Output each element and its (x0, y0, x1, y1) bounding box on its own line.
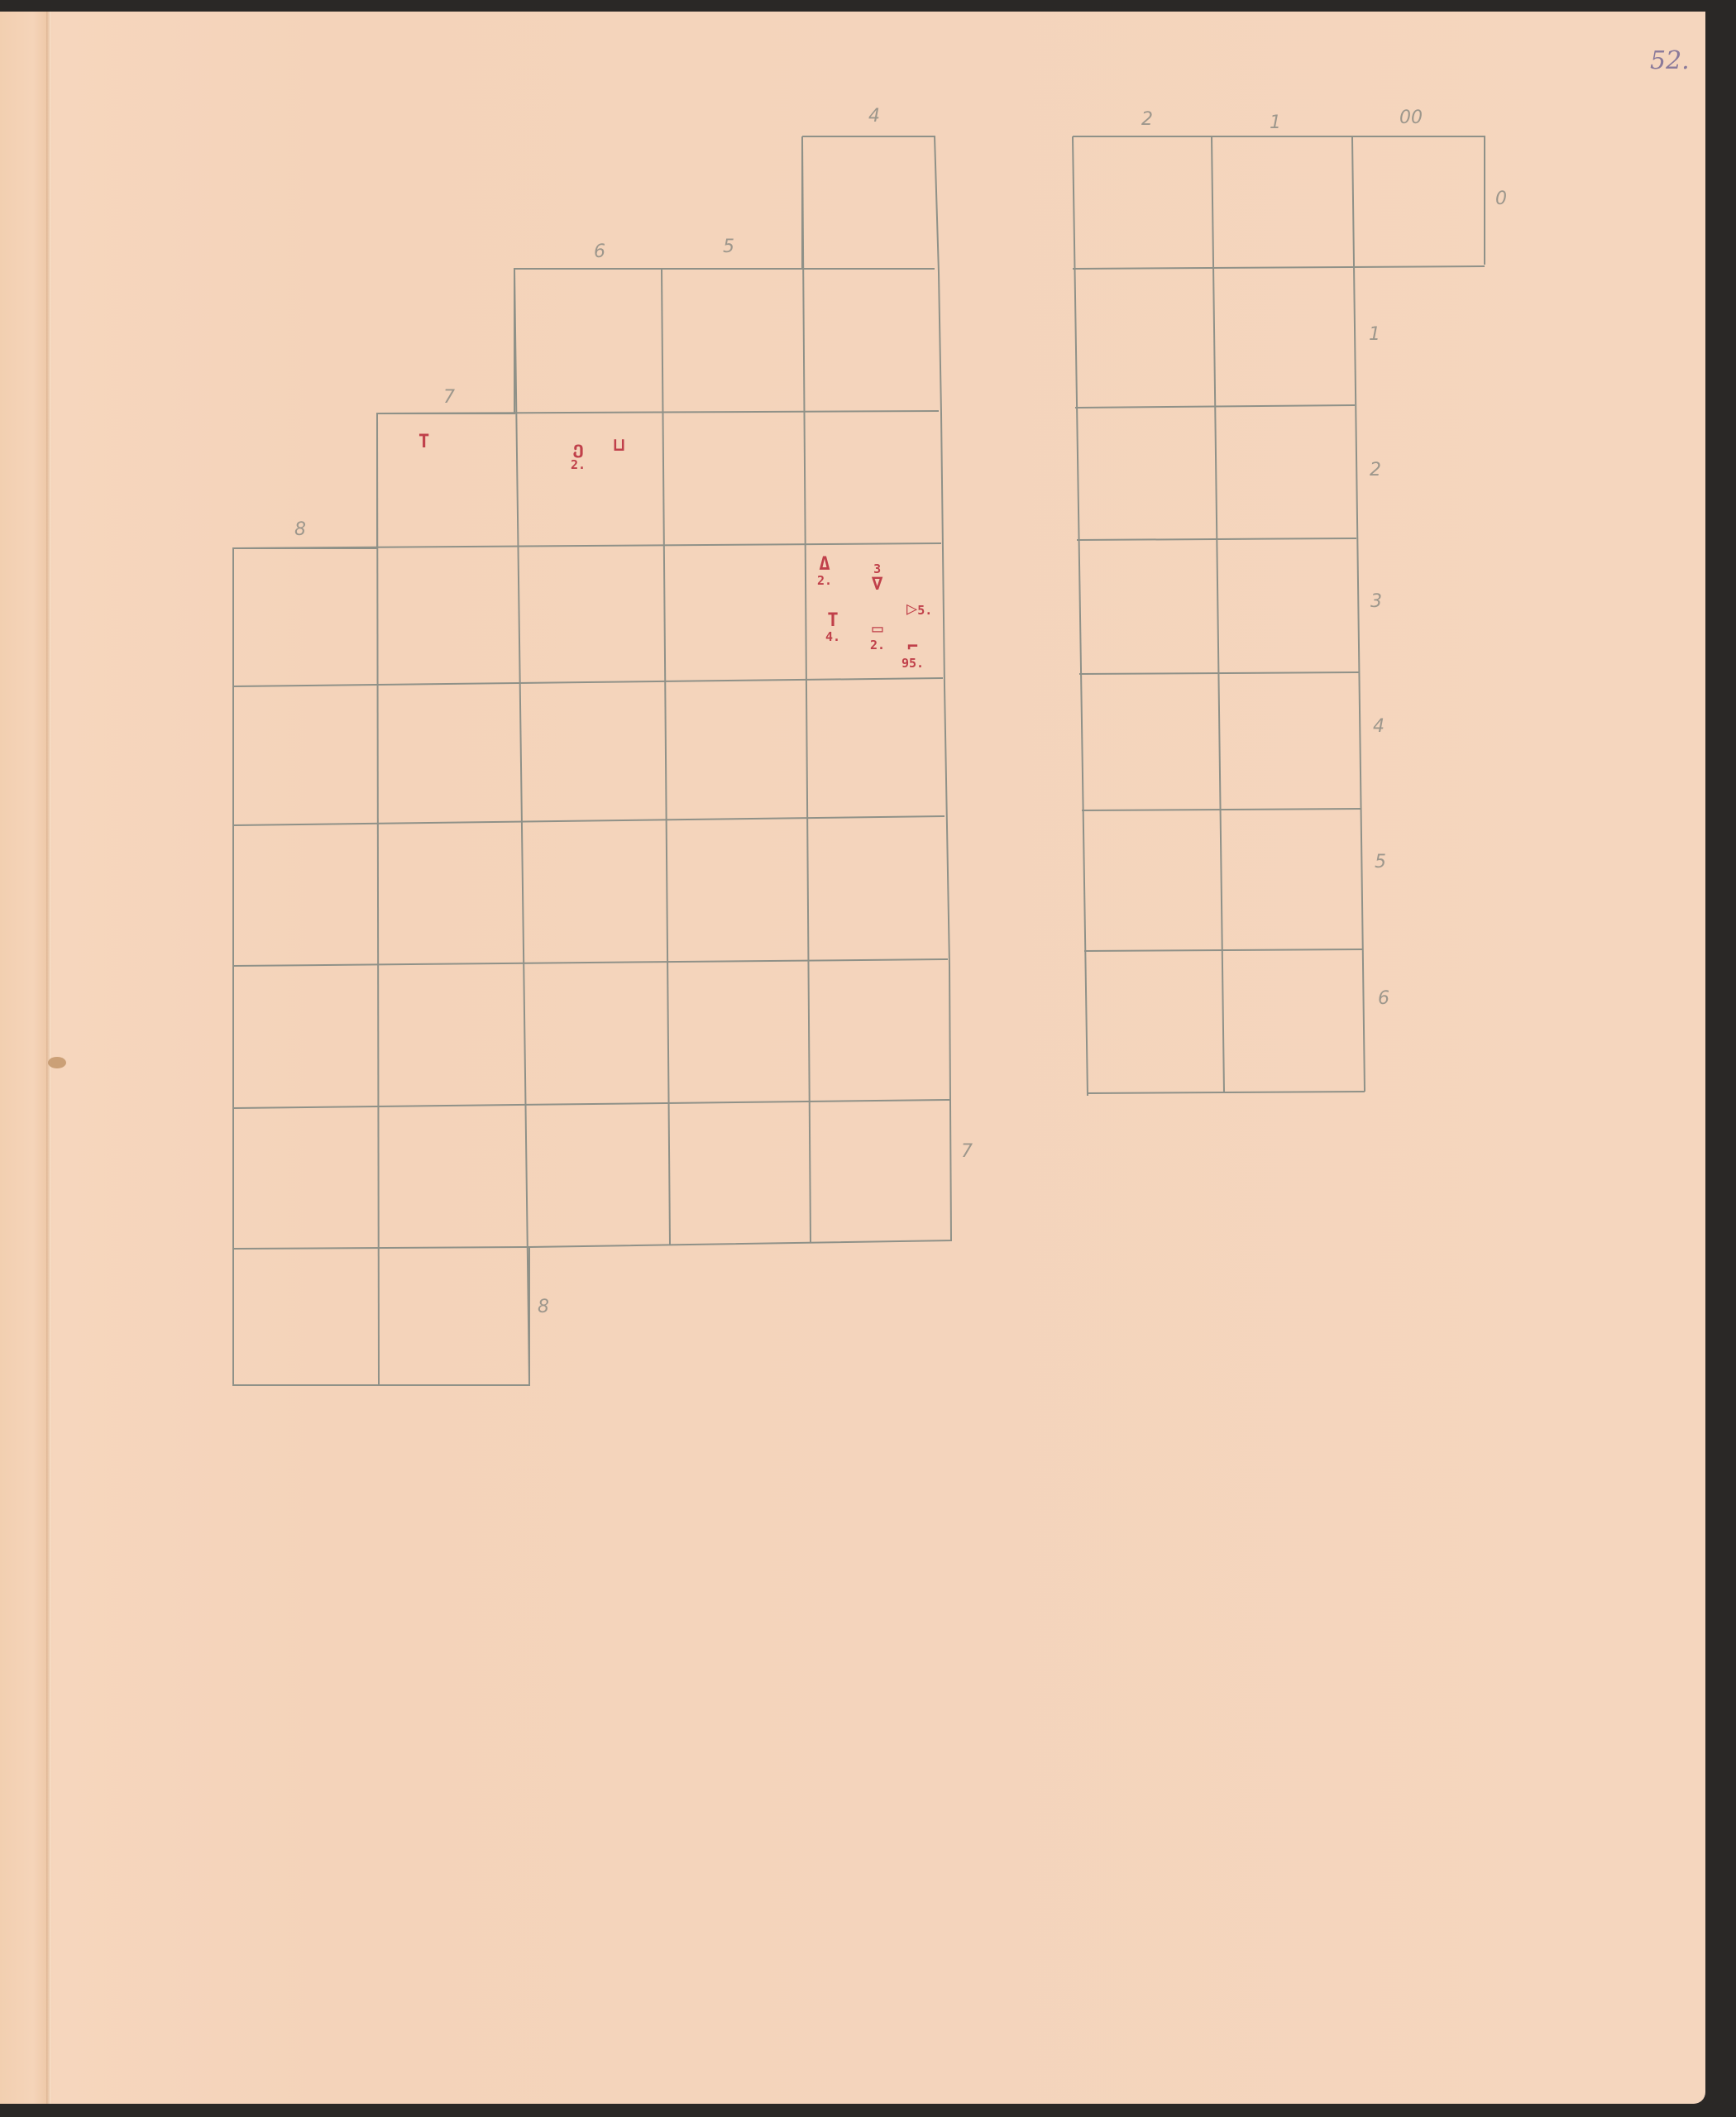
row-end-label-7: 7 (961, 1141, 973, 1162)
annotation-triangle-up: Δ 2. (817, 556, 832, 587)
annotation-curl-symbol: ე 2. (571, 440, 586, 471)
right-row-label-3: 3 (1370, 591, 1382, 612)
annotation-triangle-right: ▷5. (906, 600, 932, 619)
annotation-l-shape: ⌐ 95. (901, 638, 924, 670)
annotation-triangle-down: 3 ∇ (872, 562, 882, 594)
annotation-t-symbol: T (418, 433, 429, 452)
right-row-label-6: 6 (1378, 988, 1389, 1009)
column-label-7: 7 (443, 387, 455, 408)
right-row-label-2: 2 (1370, 460, 1381, 480)
right-column-label-1: 1 (1270, 112, 1281, 133)
annotation-t-with-count: T 4. (825, 612, 840, 643)
row-end-label-8: 8 (538, 1297, 549, 1317)
right-row-label-1: 1 (1369, 324, 1380, 345)
column-label-6: 6 (594, 241, 605, 262)
right-row-label-4: 4 (1373, 716, 1384, 737)
column-label-4: 4 (868, 106, 880, 127)
right-row-label-0: 0 (1495, 189, 1507, 209)
right-column-label-00: 00 (1399, 108, 1423, 128)
grid-drawing (0, 0, 1736, 2117)
annotation-rectangle: ▭ 2. (870, 620, 885, 652)
left-staircase-grid (233, 136, 951, 1385)
right-column-label-2: 2 (1141, 109, 1153, 130)
annotation-cup-symbol: ⊔ (614, 437, 624, 455)
column-label-8: 8 (294, 519, 306, 540)
right-grid (1073, 136, 1485, 1096)
right-row-label-5: 5 (1375, 852, 1386, 872)
column-label-5: 5 (723, 237, 734, 257)
